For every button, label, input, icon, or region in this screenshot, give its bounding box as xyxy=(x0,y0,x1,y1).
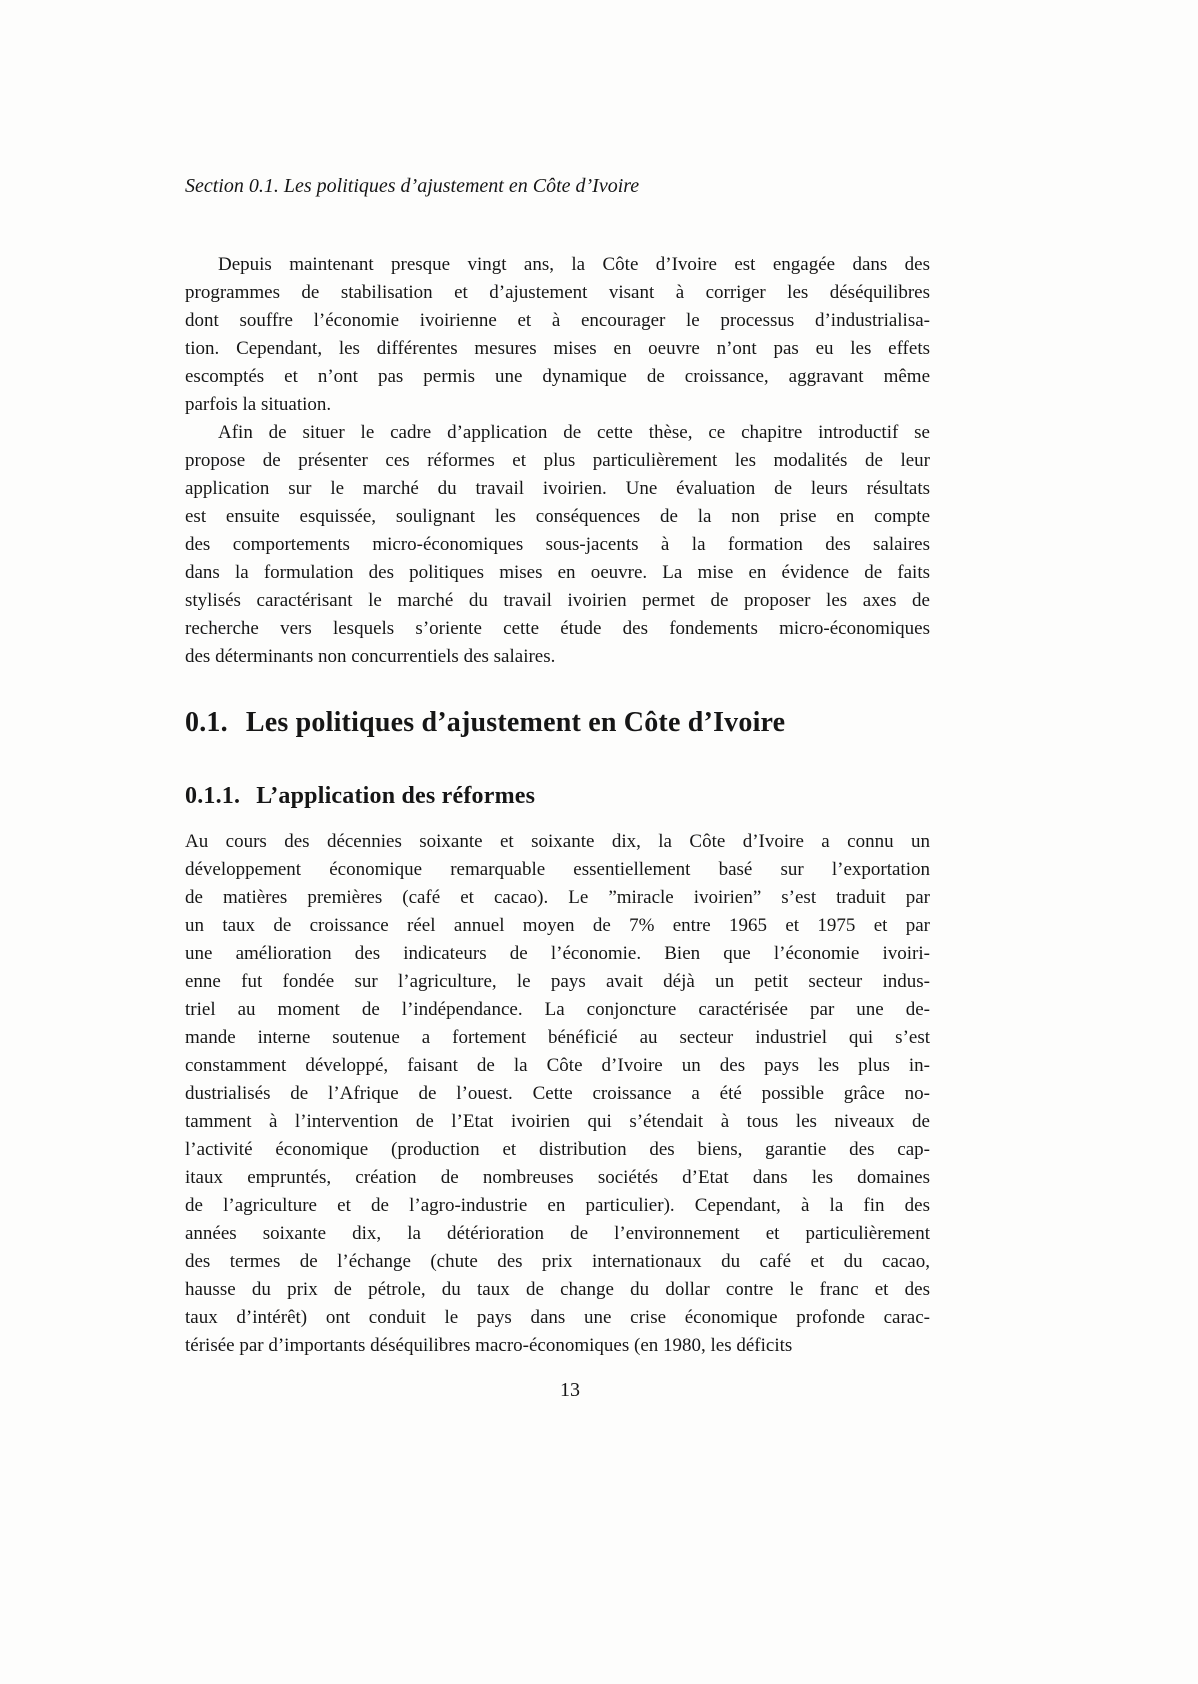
text-line: constamment développé, faisant de la Côt… xyxy=(185,1052,930,1080)
text-line: itaux empruntés, création de nombreuses … xyxy=(185,1164,930,1192)
text-line: dont souffre l’économie ivoirienne et à … xyxy=(185,307,930,335)
text-line: années soixante dix, la détérioration de… xyxy=(185,1220,930,1248)
paragraph-thesis-frame: Afin de situer le cadre d’application de… xyxy=(185,419,930,671)
text-line: hausse du prix de pétrole, du taux de ch… xyxy=(185,1276,930,1304)
text-line: est ensuite esquissée, soulignant les co… xyxy=(185,503,930,531)
text-line: des termes de l’échange (chute des prix … xyxy=(185,1248,930,1276)
text-line: triel au moment de l’indépendance. La co… xyxy=(185,996,930,1024)
text-line: parfois la situation. xyxy=(185,391,930,419)
text-line: des déterminants non concurrentiels des … xyxy=(185,643,930,671)
section-title: Les politiques d’ajustement en Côte d’Iv… xyxy=(246,707,786,738)
text-line: Depuis maintenant presque vingt ans, la … xyxy=(185,251,930,279)
text-line: mande interne soutenue a fortement bénéf… xyxy=(185,1024,930,1052)
paragraph-application-reformes: Au cours des décennies soixante et soixa… xyxy=(185,828,930,1360)
text-line: un taux de croissance réel annuel moyen … xyxy=(185,912,930,940)
subsection-title: L’application des réformes xyxy=(256,783,535,809)
subsection-number: 0.1.1. xyxy=(185,783,240,809)
text-line: dustrialisés de l’Afrique de l’ouest. Ce… xyxy=(185,1080,930,1108)
text-column: Section 0.1. Les politiques d’ajustement… xyxy=(185,172,930,1360)
text-line: l’activité économique (production et dis… xyxy=(185,1136,930,1164)
page-number: 13 xyxy=(185,1376,955,1404)
text-line: enne fut fondée sur l’agriculture, le pa… xyxy=(185,968,930,996)
subsection-heading: 0.1.1.L’application des réformes xyxy=(185,781,930,812)
section-heading: 0.1.Les politiques d’ajustement en Côte … xyxy=(185,705,930,741)
paragraph-introduction: Depuis maintenant presque vingt ans, la … xyxy=(185,251,930,419)
text-line: propose de présenter ces réformes et plu… xyxy=(185,447,930,475)
text-line: térisée par d’importants déséquilibres m… xyxy=(185,1332,930,1360)
text-line: des comportements micro-économiques sous… xyxy=(185,531,930,559)
thesis-page: Section 0.1. Les politiques d’ajustement… xyxy=(0,0,1198,1684)
text-line: dans la formulation des politiques mises… xyxy=(185,559,930,587)
text-line: Au cours des décennies soixante et soixa… xyxy=(185,828,930,856)
text-line: tamment à l’intervention de l’Etat ivoir… xyxy=(185,1108,930,1136)
running-header: Section 0.1. Les politiques d’ajustement… xyxy=(185,172,930,200)
text-line: Afin de situer le cadre d’application de… xyxy=(185,419,930,447)
text-line: recherche vers lesquels s’oriente cette … xyxy=(185,615,930,643)
text-line: taux d’intérêt) ont conduit le pays dans… xyxy=(185,1304,930,1332)
text-line: programmes de stabilisation et d’ajustem… xyxy=(185,279,930,307)
text-line: une amélioration des indicateurs de l’éc… xyxy=(185,940,930,968)
text-line: de matières premières (café et cacao). L… xyxy=(185,884,930,912)
text-line: application sur le marché du travail ivo… xyxy=(185,475,930,503)
text-line: de l’agriculture et de l’agro-industrie … xyxy=(185,1192,930,1220)
text-line: tion. Cependant, les différentes mesures… xyxy=(185,335,930,363)
text-line: stylisés caractérisant le marché du trav… xyxy=(185,587,930,615)
section-number: 0.1. xyxy=(185,707,228,738)
text-line: escomptés et n’ont pas permis une dynami… xyxy=(185,363,930,391)
text-line: développement économique remarquable ess… xyxy=(185,856,930,884)
